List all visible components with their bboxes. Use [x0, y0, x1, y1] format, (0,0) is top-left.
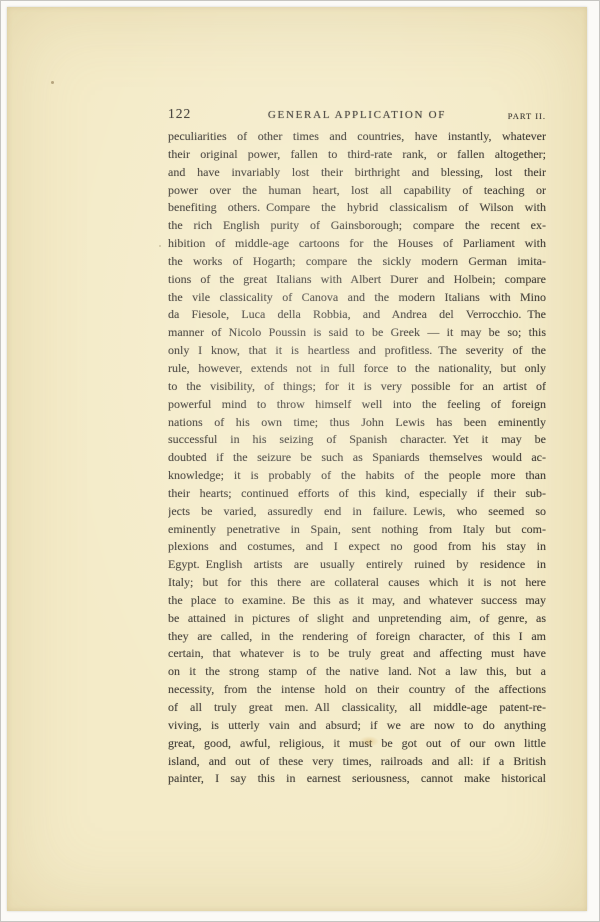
text-line: their hearts; continued efforts of this …: [168, 485, 546, 503]
text-line: the place to examine. Be this as it may,…: [168, 592, 546, 610]
text-line: peculiarities of other times and countri…: [168, 128, 546, 146]
page-text: peculiarities of other times and countri…: [168, 128, 546, 788]
text-line: the vile classicality of Canova and the …: [168, 289, 546, 307]
text-line: nations of his own time; thus John Lewis…: [168, 414, 546, 432]
text-line: successful in his seizing of Spanish cha…: [168, 431, 546, 449]
text-line: painter, I say this in earnest seriousne…: [168, 770, 546, 788]
text-line: knowledge; it is probably of the habits …: [168, 467, 546, 485]
text-line: necessity, from the intense hold on thei…: [168, 681, 546, 699]
text-line: be attained in pictures of slight and un…: [168, 610, 546, 628]
text-line: on it the strong stamp of the native lan…: [168, 663, 546, 681]
text-line: only I know, that it is heartless and pr…: [168, 342, 546, 360]
text-line: hibition of middle-age cartoons for the …: [168, 235, 546, 253]
text-line: doubted if the seizure be such as Spania…: [168, 449, 546, 467]
text-line: plexions and costumes, and I expect no g…: [168, 538, 546, 556]
text-line: tions of the great Italians with Albert …: [168, 271, 546, 289]
scanned-book-screenshot: 122 GENERAL APPLICATION OF PART II. pecu…: [0, 0, 600, 922]
page-speck: [51, 81, 54, 84]
text-line: they are called, in the rendering of for…: [168, 628, 546, 646]
text-line: benefiting others. Compare the hybrid cl…: [168, 199, 546, 217]
text-line: rule, however, extends not in full force…: [168, 360, 546, 378]
text-line: island, and out of these very times, rai…: [168, 753, 546, 771]
text-line: Egypt. English artists are usually entir…: [168, 556, 546, 574]
page-speck: [159, 245, 161, 247]
text-line: the rich English purity of Gainsborough;…: [168, 217, 546, 235]
text-line: great, good, awful, religious, it must b…: [168, 735, 546, 753]
text-line: manner of Nicolo Poussin is said to be G…: [168, 324, 546, 342]
text-line: and have invariably lost their birthrigh…: [168, 164, 546, 182]
text-line: to the visibility, of things; for it is …: [168, 378, 546, 396]
text-line: viving, is utterly vain and absurd; if w…: [168, 717, 546, 735]
running-header: GENERAL APPLICATION OF: [168, 109, 546, 121]
part-label: PART II.: [508, 111, 546, 121]
text-line: certain, that whatever is to be truly gr…: [168, 645, 546, 663]
page-header: 122 GENERAL APPLICATION OF PART II.: [168, 104, 546, 122]
text-line: power over the human heart, lost all cap…: [168, 182, 546, 200]
text-line: eminently penetrative in Spain, sent not…: [168, 521, 546, 539]
text-line: of all truly great men. All classicality…: [168, 699, 546, 717]
text-line: jects be varied, assuredly end in failur…: [168, 503, 546, 521]
text-line: the works of Hogarth; compare the sickly…: [168, 253, 546, 271]
text-line: their original power, fallen to third-ra…: [168, 146, 546, 164]
text-line: powerful mind to throw himself well into…: [168, 396, 546, 414]
text-line: da Fiesole, Luca della Robbia, and Andre…: [168, 306, 546, 324]
book-page: 122 GENERAL APPLICATION OF PART II. pecu…: [7, 7, 587, 911]
text-line: Italy; but for this there are collateral…: [168, 574, 546, 592]
